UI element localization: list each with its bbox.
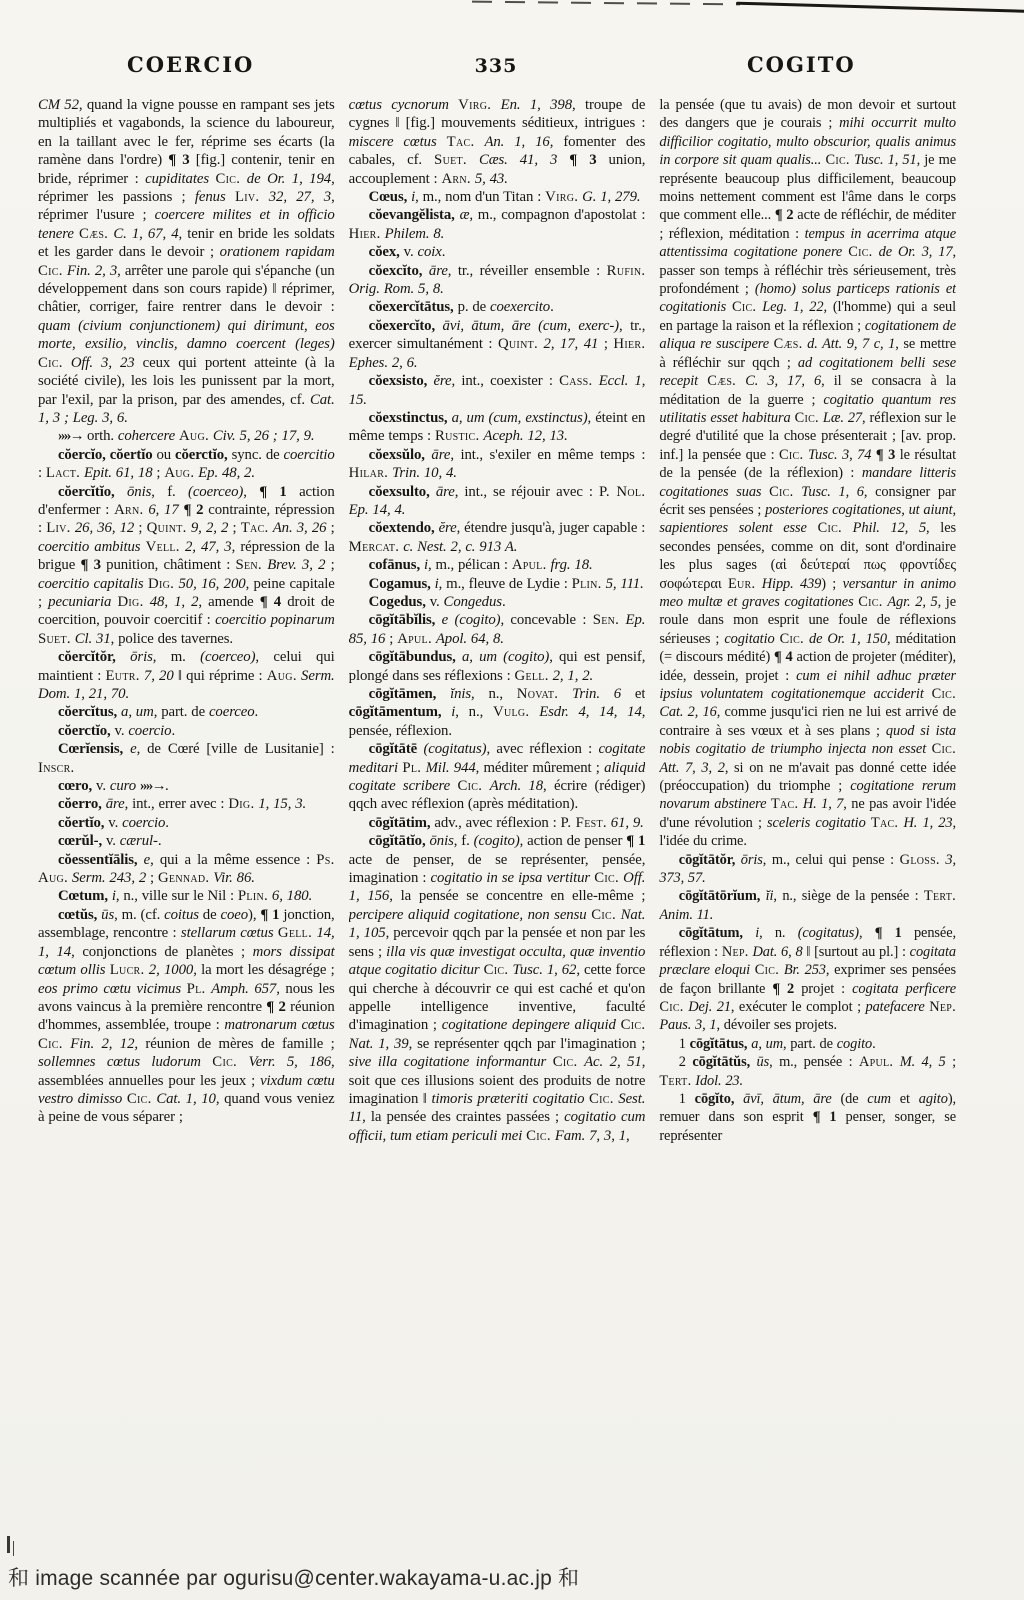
scan-artifact-dashed-line	[472, 1, 740, 6]
column-left: CM 52, quand la vigne pousse en rampant …	[38, 96, 335, 1549]
entry-coerceo-continuation: CM 52, quand la vigne pousse en rampant …	[38, 96, 335, 427]
entry-coeus: Cœus, i, m., nom d'un Titan : Virg. G. 1…	[349, 188, 646, 206]
entry-coessentialis: cŏessentĭālis, e, qui a la même essence …	[38, 851, 335, 888]
column-middle: cœtus cycnorum Virg. En. 1, 398, troupe …	[349, 96, 646, 1549]
entry-coercio: cŏercĭo, cŏertĭo ou cŏerctĭo, sync. de c…	[38, 446, 335, 483]
entry-coercitio: cŏercĭtĭo, ōnis, f. (coerceo), ¶ 1 actio…	[38, 483, 335, 649]
entry-coetus: cœtŭs, ūs, m. (cf. coitus de coeo), ¶ 1 …	[38, 906, 335, 1127]
column-right: la pensée (que tu avais) de mon devoir e…	[659, 96, 956, 1549]
entry-coercitor: cŏercĭtŏr, ōris, m. (coerceo), celui qui…	[38, 648, 335, 703]
entry-coexercitatus: cŏexercĭtātus, p. de coexercito.	[349, 298, 646, 316]
dictionary-text-block: CM 52, quand la vigne pousse en rampant …	[38, 96, 956, 1549]
page-number: 335	[475, 55, 518, 77]
entry-coeriensis: Cœrĭensis, e, de Cœré [ville de Lusitani…	[38, 740, 335, 777]
entry-coerctio: cŏerctĭo, v. coercio.	[38, 722, 335, 740]
entry-coetus-continuation: cœtus cycnorum Virg. En. 1, 398, troupe …	[349, 96, 646, 188]
entry-coexsisto: cŏexsisto, ĕre, int., coexister : Cass. …	[349, 372, 646, 409]
entry-coextendo: cŏextendo, ĕre, étendre jusqu'à, juger c…	[349, 519, 646, 556]
entry-coerul: cœrŭl-, v. cærul-.	[38, 832, 335, 850]
scan-credit: 和 image scannée par ogurisu@center.wakay…	[8, 1562, 579, 1592]
entry-cogitatus-1: 1 cōgĭtātus, a, um, part. de cogito.	[659, 1035, 956, 1053]
running-head-right: COGITO	[747, 52, 856, 77]
entry-coexsulo: cŏexsŭlo, āre, int., s'exiler en même te…	[349, 446, 646, 483]
running-head-left: COERCIO	[127, 52, 254, 77]
entry-cogitatio-continuation: la pensée (que tu avais) de mon devoir e…	[659, 96, 956, 851]
entry-cogito-1: 1 cōgĭto, āvī, ātum, āre (de cum et agit…	[659, 1090, 956, 1145]
running-header: COERCIO 335 COGITO	[38, 52, 954, 77]
entry-coercitus: cŏercĭtus, a, um, part. de coerceo.	[38, 703, 335, 721]
entry-cogitatim: cōgĭtātim, adv., avec réflexion : P. Fes…	[349, 814, 646, 832]
scan-artifact-edge-mark	[7, 1536, 10, 1553]
scan-artifact-line	[736, 2, 1024, 14]
entry-cogamus: Cogamus, i, m., fleuve de Lydie : Plin. …	[349, 575, 646, 593]
entry-cogedus: Cogedus, v. Congedus.	[349, 593, 646, 611]
entry-cogitamen: cōgĭtāmen, ĭnis, n., Novat. Trin. 6 et c…	[349, 685, 646, 740]
entry-coexercito: cŏexercĭto, āvi, ātum, āre (cum, exerc-)…	[349, 317, 646, 372]
entry-coero: cœro, v. curo »»→.	[38, 777, 335, 795]
orth-note-cohercere: »»→ orth. cohercere Aug. Civ. 5, 26 ; 17…	[38, 427, 335, 445]
entry-coex: cŏex, v. coix.	[349, 243, 646, 261]
entry-coexsulto: cŏexsulto, āre, int., se réjouir avec : …	[349, 483, 646, 520]
entry-coertio: cŏertĭo, v. coercio.	[38, 814, 335, 832]
entry-cogitatorium: cōgĭtātōrĭum, ĭi, n., siège de la pensée…	[659, 887, 956, 924]
entry-cogitabundus: cōgĭtābundus, a, um (cogito), qui est pe…	[349, 648, 646, 685]
entry-cogitatio: cōgĭtātĭo, ōnis, f. (cogito), action de …	[349, 832, 646, 1145]
entry-coexstinctus: cŏexstinctus, a, um (cum, exstinctus), é…	[349, 409, 646, 446]
entry-cogitate: cōgĭtātē (cogitatus), avec réflexion : c…	[349, 740, 646, 814]
entry-coetum: Cœtum, i, n., ville sur le Nil : Plin. 6…	[38, 887, 335, 905]
entry-cogitatus-2: 2 cōgĭtātŭs, ūs, m., pensée : Apul. M. 4…	[659, 1053, 956, 1090]
entry-cofanus: cofānus, i, m., pélican : Apul. frg. 18.	[349, 556, 646, 574]
entry-coerro: cŏerro, āre, int., errer avec : Dig. 1, …	[38, 795, 335, 813]
entry-cogitatum: cōgĭtātum, i, n. (cogitatus), ¶ 1 pensée…	[659, 924, 956, 1034]
entry-cogitator: cōgĭtātŏr, ōris, m., celui qui pense : G…	[659, 851, 956, 888]
entry-cogitabilis: cōgĭtābĭlis, e (cogito), concevable : Se…	[349, 611, 646, 648]
entry-coevangelista: cŏevangĕlista, æ, m., compagnon d'aposto…	[349, 206, 646, 243]
entry-coexcito: cŏexcĭto, āre, tr., réveiller ensemble :…	[349, 262, 646, 299]
